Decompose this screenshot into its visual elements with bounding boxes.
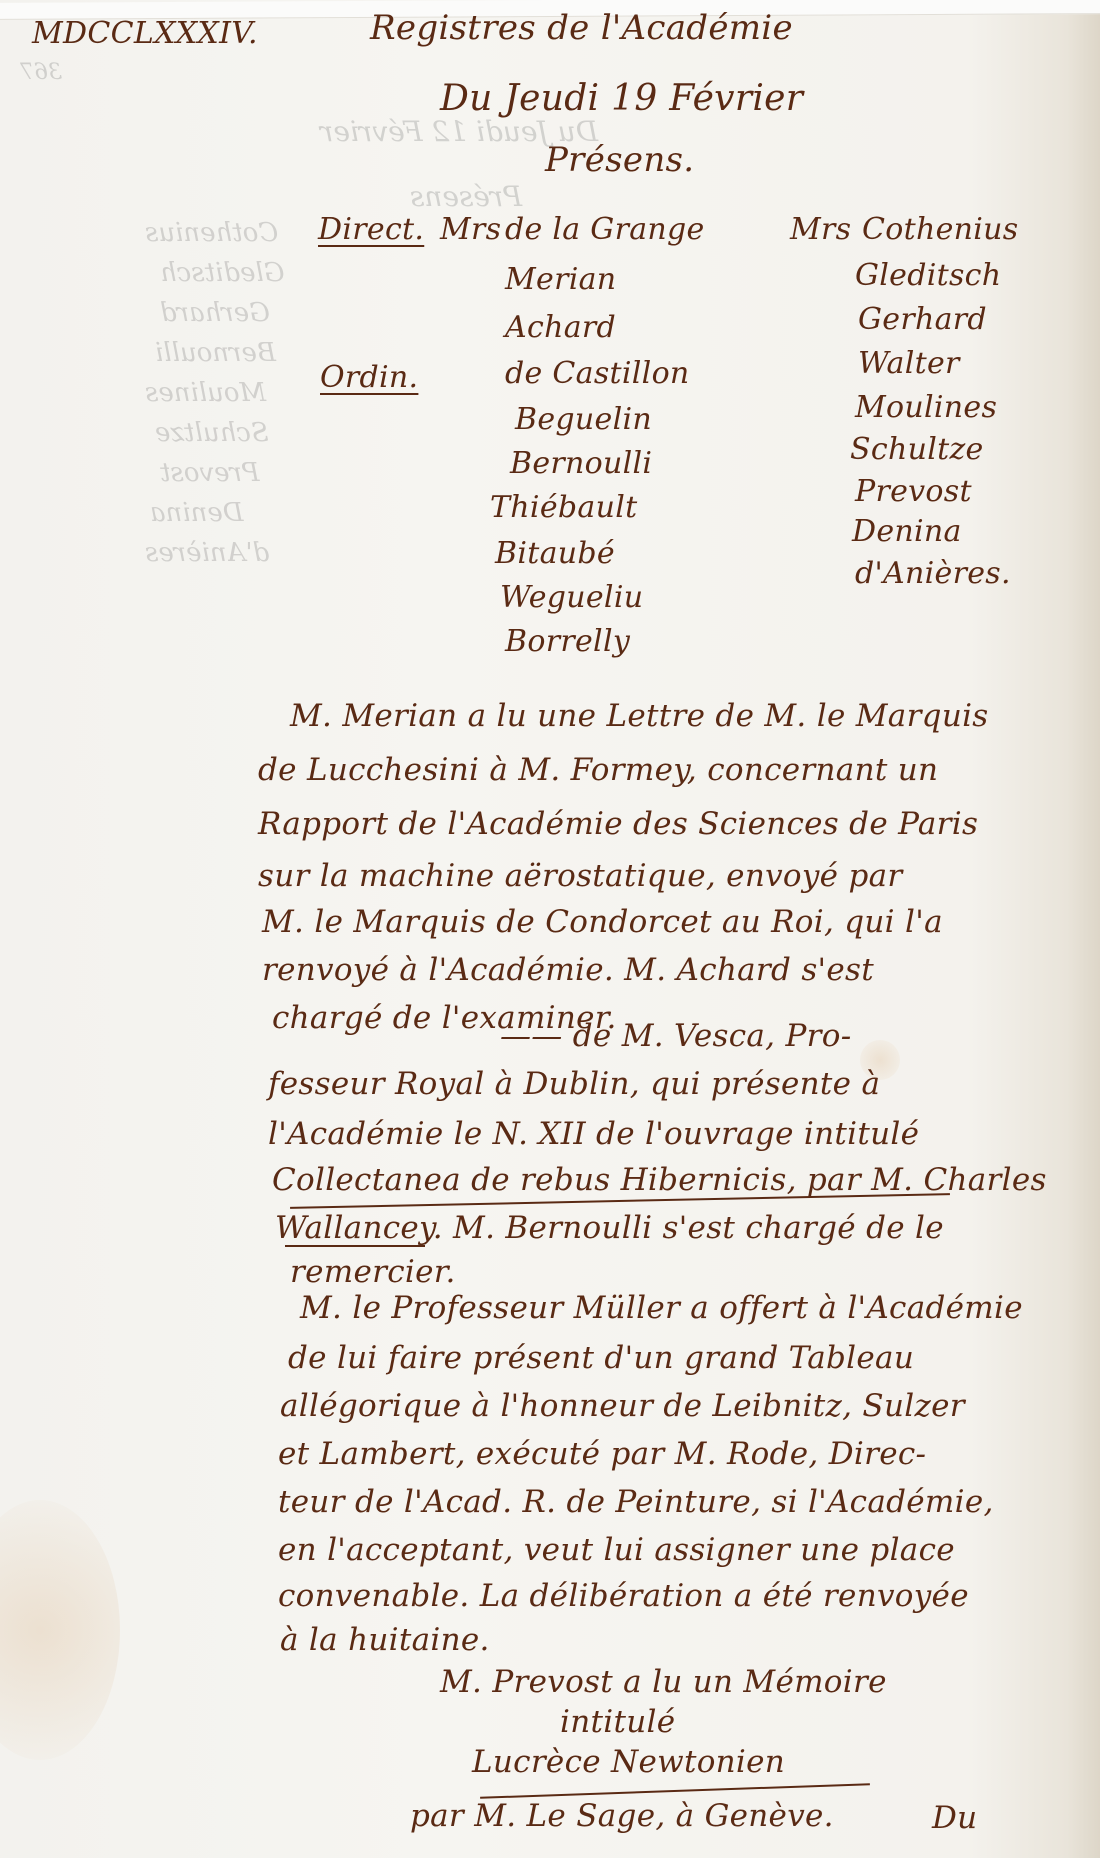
minutes-line: en l'acceptant, veut lui assigner une pl… — [278, 1532, 955, 1568]
minutes-line: sur la machine aërostatique, envoyé par — [258, 858, 903, 894]
member-name: Achard — [505, 310, 616, 345]
member-name: Merian — [505, 262, 616, 297]
member-name: Bernoulli — [510, 446, 652, 481]
memoir-title: Lucrèce Newtonien — [472, 1744, 785, 1780]
minutes-line: et Lambert, exécuté par M. Rode, Direc- — [278, 1436, 926, 1472]
member-name: d'Anières. — [855, 556, 1011, 591]
minutes-line: —— de M. Vesca, Pro- — [500, 1018, 852, 1054]
underline-memoir-title — [480, 1783, 870, 1799]
catchword: Du — [932, 1800, 977, 1836]
underline-author — [285, 1245, 425, 1247]
minutes-line: l'Académie le N. XII de l'ouvrage intitu… — [268, 1116, 919, 1152]
minutes-line: renvoyé à l'Académie. M. Achard s'est — [262, 952, 874, 988]
member-name: Cothenius — [862, 212, 1018, 247]
bleed-name: d'Anières — [145, 538, 269, 568]
bleed-heading: Présens — [410, 180, 522, 213]
manuscript-page: 367 Du Jeudi 12 Février Présens Cotheniu… — [0, 0, 1100, 1858]
member-name: de Castillon — [505, 356, 690, 391]
member-name: Gerhard — [858, 302, 987, 337]
minutes-line: M. le Professeur Müller a offert à l'Aca… — [300, 1290, 1023, 1326]
bleed-page-number: 367 — [20, 60, 62, 85]
member-name: Gleditsch — [855, 258, 1001, 293]
bleed-name: Gerhard — [160, 298, 270, 328]
minutes-line: de lui faire présent d'un grand Tableau — [288, 1340, 914, 1376]
year-roman: MDCCLXXXIV. — [32, 16, 258, 51]
bleed-name: Bernoulli — [155, 338, 276, 368]
presence-heading: Présens. — [545, 140, 694, 180]
minutes-line: intitulé — [560, 1704, 675, 1740]
member-name: Wegueliu — [500, 580, 643, 615]
minutes-line: fesseur Royal à Dublin, qui présente à — [268, 1066, 880, 1102]
minutes-line: allégorique à l'honneur de Leibnitz, Sul… — [280, 1388, 965, 1424]
member-prefix: Mrs — [790, 212, 851, 247]
minutes-line: M. le Marquis de Condorcet au Roi, qui l… — [262, 904, 943, 940]
minutes-line: à la huitaine. — [280, 1622, 490, 1658]
bleed-name: Cothenius — [145, 218, 278, 248]
minutes-line: remercier. — [290, 1254, 456, 1290]
minutes-line: M. Prevost a lu un Mémoire — [440, 1664, 887, 1700]
minutes-line: Wallancey. M. Bernoulli s'est chargé de … — [275, 1210, 944, 1246]
member-name: Prevost — [855, 474, 972, 509]
member-name: Schultze — [850, 432, 984, 467]
register-title: Registres de l'Académie — [370, 8, 793, 48]
bleed-name: Denina — [150, 498, 244, 528]
member-name: Borrelly — [505, 624, 630, 659]
member-name: Thiébault — [490, 490, 637, 525]
bleed-name: Gleditsch — [160, 258, 285, 288]
member-name: Denina — [852, 514, 962, 549]
member-name: Bitaubé — [495, 536, 615, 571]
member-name: Moulines — [855, 390, 997, 425]
minutes-line: par M. Le Sage, à Genève. — [410, 1798, 834, 1834]
bleed-name: Moulines — [145, 378, 266, 408]
member-prefix: Mrs — [440, 212, 501, 247]
minutes-line: Rapport de l'Académie des Sciences de Pa… — [258, 806, 978, 842]
minutes-line: de Lucchesini à M. Formey, concernant un — [258, 752, 938, 788]
paper-stain — [0, 1500, 120, 1760]
member-name: de la Grange — [505, 212, 705, 247]
minutes-line: teur de l'Acad. R. de Peinture, si l'Aca… — [278, 1484, 994, 1520]
role-director: Direct. — [318, 212, 424, 247]
date-line: Du Jeudi 19 Février — [440, 78, 803, 119]
minutes-line: convenable. La délibération a été renvoy… — [278, 1578, 969, 1614]
bleed-name: Schultze — [155, 418, 269, 448]
member-name: Beguelin — [515, 402, 652, 437]
member-name: Walter — [858, 346, 960, 381]
bleed-name: Prevost — [160, 458, 259, 488]
minutes-line: M. Merian a lu une Lettre de M. le Marqu… — [290, 698, 989, 734]
role-ordinary: Ordin. — [320, 360, 418, 395]
